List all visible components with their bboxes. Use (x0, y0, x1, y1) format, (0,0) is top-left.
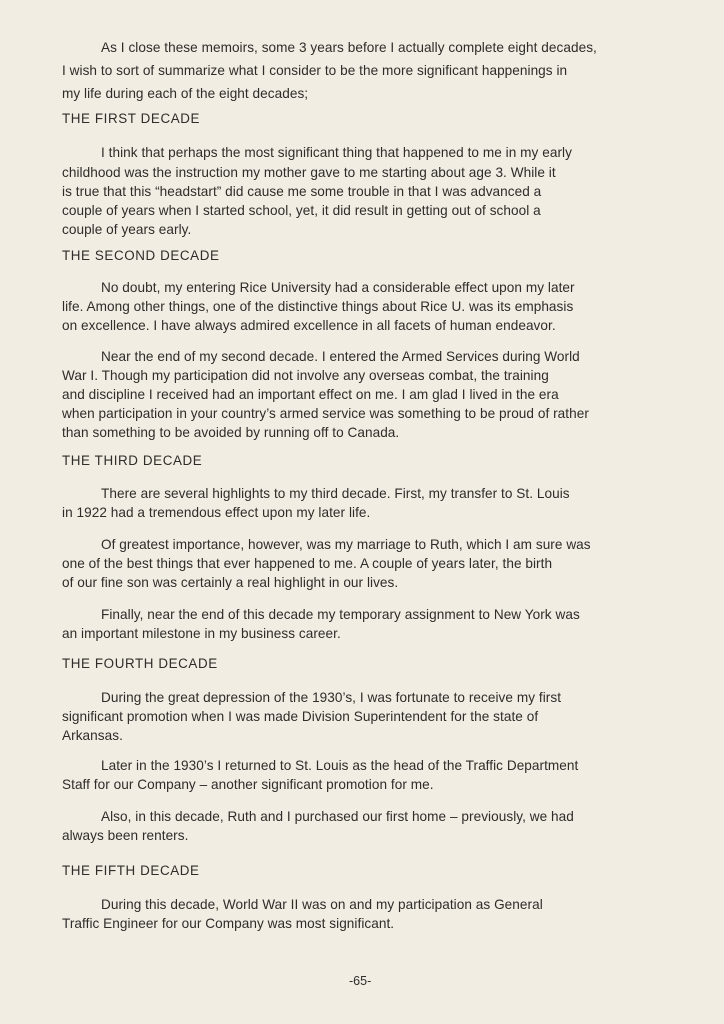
section-heading-second-decade: THE SECOND DECADE (62, 248, 220, 264)
paragraph-line: always been renters. (62, 828, 188, 844)
paragraph-line: on excellence. I have always admired exc… (62, 318, 556, 334)
paragraph-line: During the great depression of the 1930’… (101, 690, 561, 706)
paragraph-line: couple of years when I started school, y… (62, 203, 541, 219)
paragraph-line: Later in the 1930’s I returned to St. Lo… (101, 758, 578, 774)
paragraph-line: Traffic Engineer for our Company was mos… (62, 916, 394, 932)
section-heading-third-decade: THE THIRD DECADE (62, 453, 202, 469)
paragraph-line: an important milestone in my business ca… (62, 626, 341, 642)
paragraph-line: Finally, near the end of this decade my … (101, 607, 580, 623)
paragraph-line: Of greatest importance, however, was my … (101, 537, 591, 553)
page-number: -65- (349, 974, 371, 988)
section-heading-fifth-decade: THE FIFTH DECADE (62, 863, 200, 879)
paragraph-line: War I. Though my participation did not i… (62, 368, 549, 384)
intro-line: my life during each of the eight decades… (62, 86, 308, 102)
paragraph-line: Arkansas. (62, 728, 123, 744)
paragraph-line: childhood was the instruction my mother … (62, 165, 556, 181)
paragraph-line: one of the best things that ever happene… (62, 556, 552, 572)
paragraph-line: Near the end of my second decade. I ente… (101, 349, 580, 365)
paragraph-line: Staff for our Company – another signific… (62, 777, 434, 793)
memoir-page: As I close these memoirs, some 3 years b… (0, 0, 724, 1024)
paragraph-line: and discipline I received had an importa… (62, 387, 559, 403)
paragraph-line: Also, in this decade, Ruth and I purchas… (101, 809, 574, 825)
paragraph-line: when participation in your country’s arm… (62, 406, 589, 422)
paragraph-line: There are several highlights to my third… (101, 486, 570, 502)
paragraph-line: life. Among other things, one of the dis… (62, 299, 573, 315)
paragraph-line: than something to be avoided by running … (62, 425, 399, 441)
paragraph-line: No doubt, my entering Rice University ha… (101, 280, 575, 296)
section-heading-first-decade: THE FIRST DECADE (62, 111, 200, 127)
intro-line: I wish to sort of summarize what I consi… (62, 63, 567, 79)
paragraph-line: is true that this “headstart” did cause … (62, 184, 541, 200)
paragraph-line: significant promotion when I was made Di… (62, 709, 538, 725)
paragraph-line: I think that perhaps the most significan… (101, 145, 572, 161)
paragraph-line: couple of years early. (62, 222, 191, 238)
paragraph-line: of our fine son was certainly a real hig… (62, 575, 398, 591)
section-heading-fourth-decade: THE FOURTH DECADE (62, 656, 218, 672)
paragraph-line: in 1922 had a tremendous effect upon my … (62, 505, 370, 521)
paragraph-line: During this decade, World War II was on … (101, 897, 543, 913)
intro-line: As I close these memoirs, some 3 years b… (101, 40, 597, 56)
